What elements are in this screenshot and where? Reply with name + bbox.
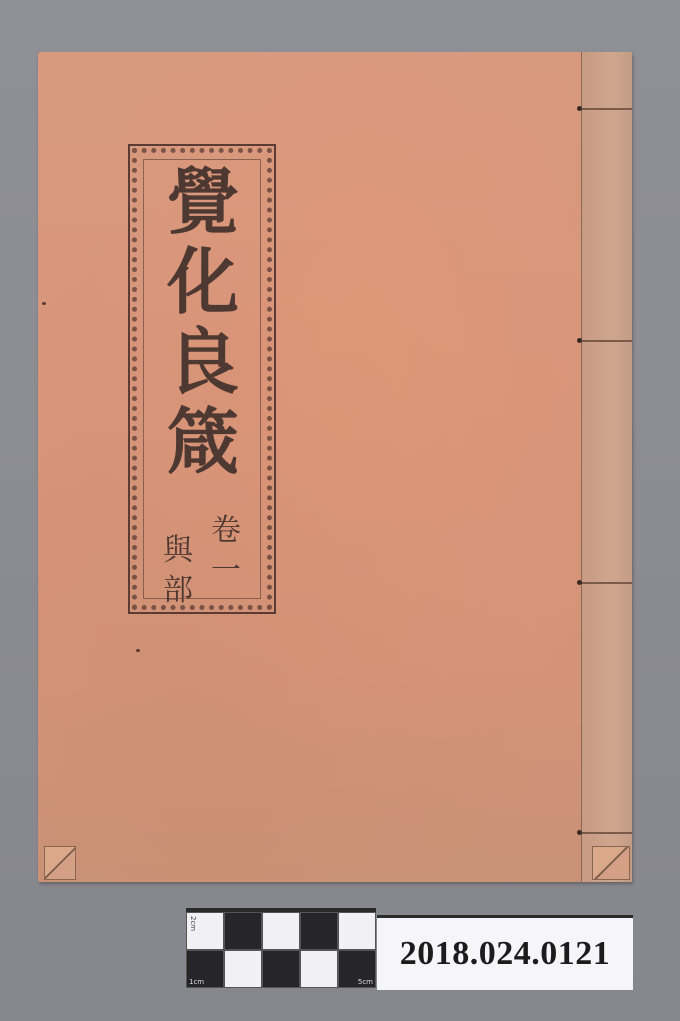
title-label-frame: 覺 化 良 箴 卷 一 與 部 (128, 144, 276, 614)
corner-protector (592, 846, 630, 880)
catalog-number: 2018.024.0121 (400, 935, 611, 973)
title-char: 覺 (167, 162, 239, 242)
title-char: 化 (167, 242, 239, 322)
section-char: 部 (163, 571, 193, 611)
cover-speck (42, 302, 46, 305)
volume-char: 一 (211, 551, 241, 591)
binding-stitch (580, 832, 632, 834)
book-title: 覺 化 良 箴 (158, 162, 248, 482)
corner-protector (44, 846, 76, 880)
scale-card: 2cm 1cm 5cm (186, 912, 376, 988)
section-char: 與 (163, 531, 193, 571)
binding-stitch (580, 340, 632, 342)
scale-square (224, 912, 262, 950)
scale-mark-1cm: 1cm (189, 978, 204, 986)
book-cover: 覺 化 良 箴 卷 一 與 部 (38, 52, 632, 882)
volume-char: 卷 (211, 511, 241, 551)
cover-speck (136, 649, 140, 652)
title-char: 箴 (167, 402, 239, 482)
binding-stitch (580, 582, 632, 584)
catalog-card: 2018.024.0121 (377, 915, 633, 990)
scale-mark-5cm: 5cm (358, 978, 373, 986)
scale-mark-2cm: 2cm (189, 916, 197, 931)
binding-stitch (580, 108, 632, 110)
title-char: 良 (167, 322, 239, 402)
scale-square (300, 912, 338, 950)
book-spine (581, 52, 632, 882)
scale-square (262, 950, 300, 988)
scale-square (262, 912, 300, 950)
scale-square (300, 950, 338, 988)
scale-square (224, 950, 262, 988)
volume-label: 卷 一 (208, 511, 244, 591)
scale-square (338, 912, 376, 950)
section-label: 與 部 (160, 531, 196, 611)
